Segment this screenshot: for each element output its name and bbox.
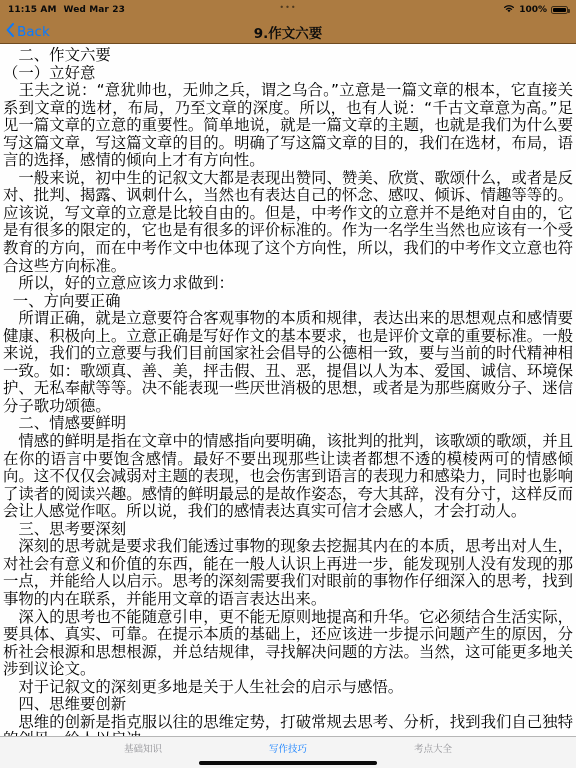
tab-basic-knowledge[interactable]: 基础知识 <box>124 745 162 755</box>
wifi-icon <box>503 4 515 16</box>
content-paragraph: 三、思考要深刻 <box>3 521 573 539</box>
back-label: Back <box>17 24 50 40</box>
content-paragraph: 王夫之说：“意犹帅也，无帅之兵，谓之乌合。”立意是一篇文章的根本，它直接关系到文… <box>3 82 573 170</box>
content-paragraph: 所谓正确，就是立意要符合客观事物的本质和规律，表达出来的思想观点和感情要健康、积… <box>3 310 573 415</box>
content-paragraph: 所以，好的立意应该力求做到： <box>3 275 573 293</box>
top-chrome: 11:15 AM Wed Mar 23 ••• 100% <box>0 0 576 44</box>
chevron-left-icon <box>6 23 14 41</box>
app-screen: 11:15 AM Wed Mar 23 ••• 100% <box>0 0 576 768</box>
clock-date: Wed Mar 23 <box>64 5 125 15</box>
battery-percent: 100% <box>519 5 547 15</box>
home-indicator[interactable] <box>199 761 377 766</box>
battery-icon <box>551 6 568 14</box>
multitask-dots-icon[interactable]: ••• <box>279 4 296 12</box>
status-left: 11:15 AM Wed Mar 23 <box>8 5 125 15</box>
tab-exam-points[interactable]: 考点大全 <box>414 745 452 755</box>
content-paragraph: 深刻的思考就是要求我们能透过事物的现象去挖掘其内在的本质，思考出对人生，对社会有… <box>3 538 573 608</box>
page-title: 9.作文六要 <box>0 22 576 42</box>
content-paragraph: （一）立好意 <box>3 65 573 83</box>
battery-nub <box>568 9 570 13</box>
content-paragraph: 情感的鲜明是指在文章中的情感指向要明确，该批判的批判，该歌颂的歌颂，并且在你的语… <box>3 433 573 521</box>
tab-writing-skills[interactable]: 写作技巧 <box>269 745 307 755</box>
content-paragraph: 思维的创新是指克服以往的思维定势，打破常规去思考、分析，找到我们自己独特的创见，… <box>3 714 573 736</box>
nav-bar: Back 9.作文六要 <box>0 20 576 43</box>
content-paragraph: 深入的思考也不能随意引申，更不能无原则地提高和升华。它必须结合生活实际，要具体、… <box>3 609 573 679</box>
content-paragraph: 一般来说，初中生的记叙文大都是表现出赞同、赞美、欣赏、歌颂什么，或者是反对、批判… <box>3 170 573 275</box>
back-button[interactable]: Back <box>6 20 50 43</box>
battery-fill <box>553 8 566 12</box>
content-paragraph: 一、方向要正确 <box>3 293 573 311</box>
content-paragraph: 四、思维要创新 <box>3 696 573 714</box>
content-paragraph: 二、情感要鲜明 <box>3 415 573 433</box>
content-paragraph: 二、作文六要 <box>3 47 573 65</box>
status-right: 100% <box>503 4 568 16</box>
status-bar: 11:15 AM Wed Mar 23 ••• 100% <box>0 0 576 20</box>
clock-time: 11:15 AM <box>8 5 57 15</box>
tab-bar: 基础知识 写作技巧 考点大全 <box>0 736 576 768</box>
content-area[interactable]: 二、作文六要（一）立好意 王夫之说：“意犹帅也，无帅之兵，谓之乌合。”立意是一篇… <box>0 44 576 736</box>
content-paragraph: 对于记叙文的深刻更多地是关于人生社会的启示与感悟。 <box>3 679 573 697</box>
